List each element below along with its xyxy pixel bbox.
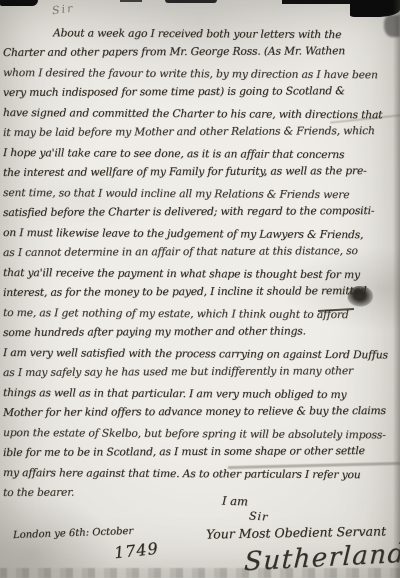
letter-line: ible for me to be in Scotland, as I must… xyxy=(3,441,400,463)
salutation: Sir xyxy=(51,2,75,18)
letter-line: Mother for her kind offers to advance mo… xyxy=(3,401,400,423)
scan-edge-mark xyxy=(0,0,38,6)
letter-line: as I may safely say he has used me but i… xyxy=(3,361,400,383)
dateline-year: 1749 xyxy=(113,539,159,563)
letter-line: interest, as for the money to be payed, … xyxy=(3,281,400,303)
letter-line: satisfied before the Charter is delivere… xyxy=(3,201,400,223)
letter-line: very much indisposed for some time past)… xyxy=(3,81,400,103)
scan-edge-mark xyxy=(165,0,217,3)
letter-line: as I cannot determine in an affair of th… xyxy=(3,241,400,263)
closing-sir: Sir xyxy=(249,509,269,523)
letter-line: it may be laid before my Mother and othe… xyxy=(3,121,400,143)
scanned-letter-page: Sir About a week ago I received both you… xyxy=(0,0,400,578)
scan-edge-mark xyxy=(120,0,142,2)
letter-line: to the bearer. xyxy=(3,481,400,503)
closing-servant: Your Most Obedient Servant xyxy=(206,523,386,541)
letter-line: Charter and other papers from Mr. George… xyxy=(3,41,400,63)
letter-body: About a week ago I received both your le… xyxy=(3,23,400,503)
letter-line: some hundreds after paying my mother and… xyxy=(3,321,400,343)
dateline-place: London ye 6th: October xyxy=(13,526,134,541)
closing-i-am: I am xyxy=(222,494,248,509)
letter-line: the interest and wellfare of my Family f… xyxy=(3,161,400,183)
